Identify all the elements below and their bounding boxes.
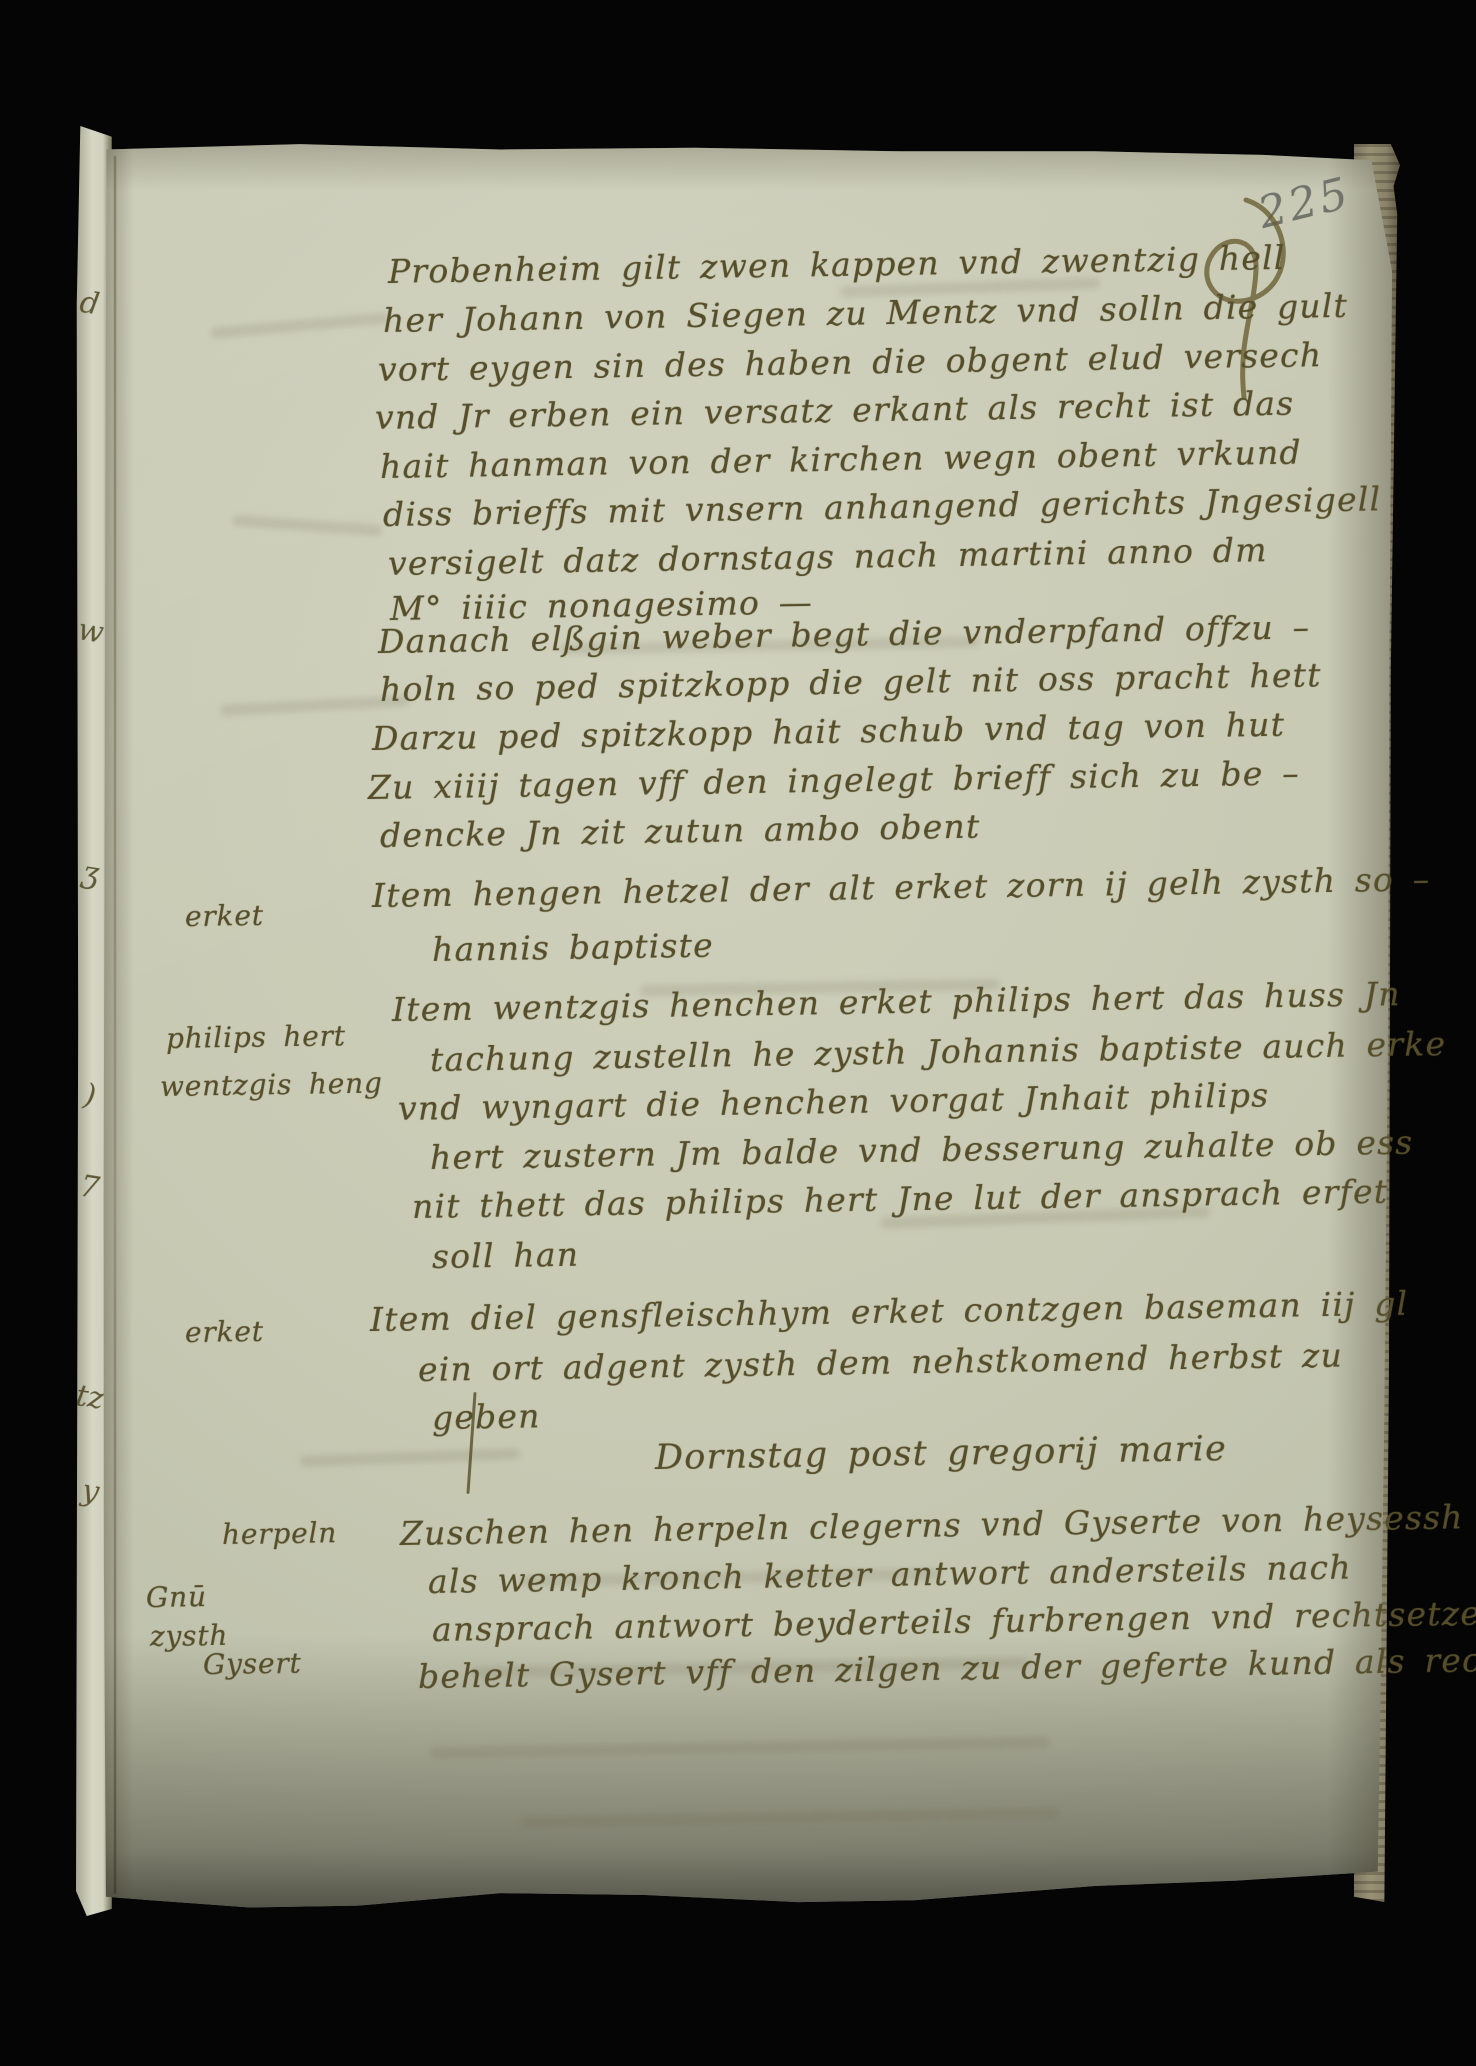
text-line: hannis baptiste bbox=[432, 926, 714, 969]
edge-ink-mark: ʒ bbox=[79, 855, 101, 892]
edge-ink-mark: d bbox=[77, 285, 101, 323]
margin-note: philips hert bbox=[166, 1019, 346, 1055]
manuscript-photo: d w ʒ ) 7 tz y 225 Probenheim gilt zwen … bbox=[0, 0, 1476, 2066]
margin-note: herpeln bbox=[222, 1516, 338, 1551]
margin-note: erket bbox=[185, 1315, 264, 1349]
edge-ink-mark: 7 bbox=[77, 1169, 101, 1207]
gutter-shadow bbox=[114, 156, 116, 1894]
edge-ink-mark: tz bbox=[76, 1378, 106, 1417]
margin-note: Gnū bbox=[146, 1580, 207, 1614]
text-line: soll han bbox=[432, 1235, 580, 1276]
edge-ink-mark: y bbox=[79, 1473, 101, 1510]
edge-ink-mark: ) bbox=[81, 1077, 98, 1113]
edge-ink-mark: w bbox=[76, 612, 106, 651]
text-line: geben bbox=[432, 1396, 541, 1437]
margin-note: wentzgis heng bbox=[160, 1067, 383, 1103]
margin-note: erket bbox=[185, 899, 264, 933]
margin-note: Gysert bbox=[203, 1646, 302, 1681]
